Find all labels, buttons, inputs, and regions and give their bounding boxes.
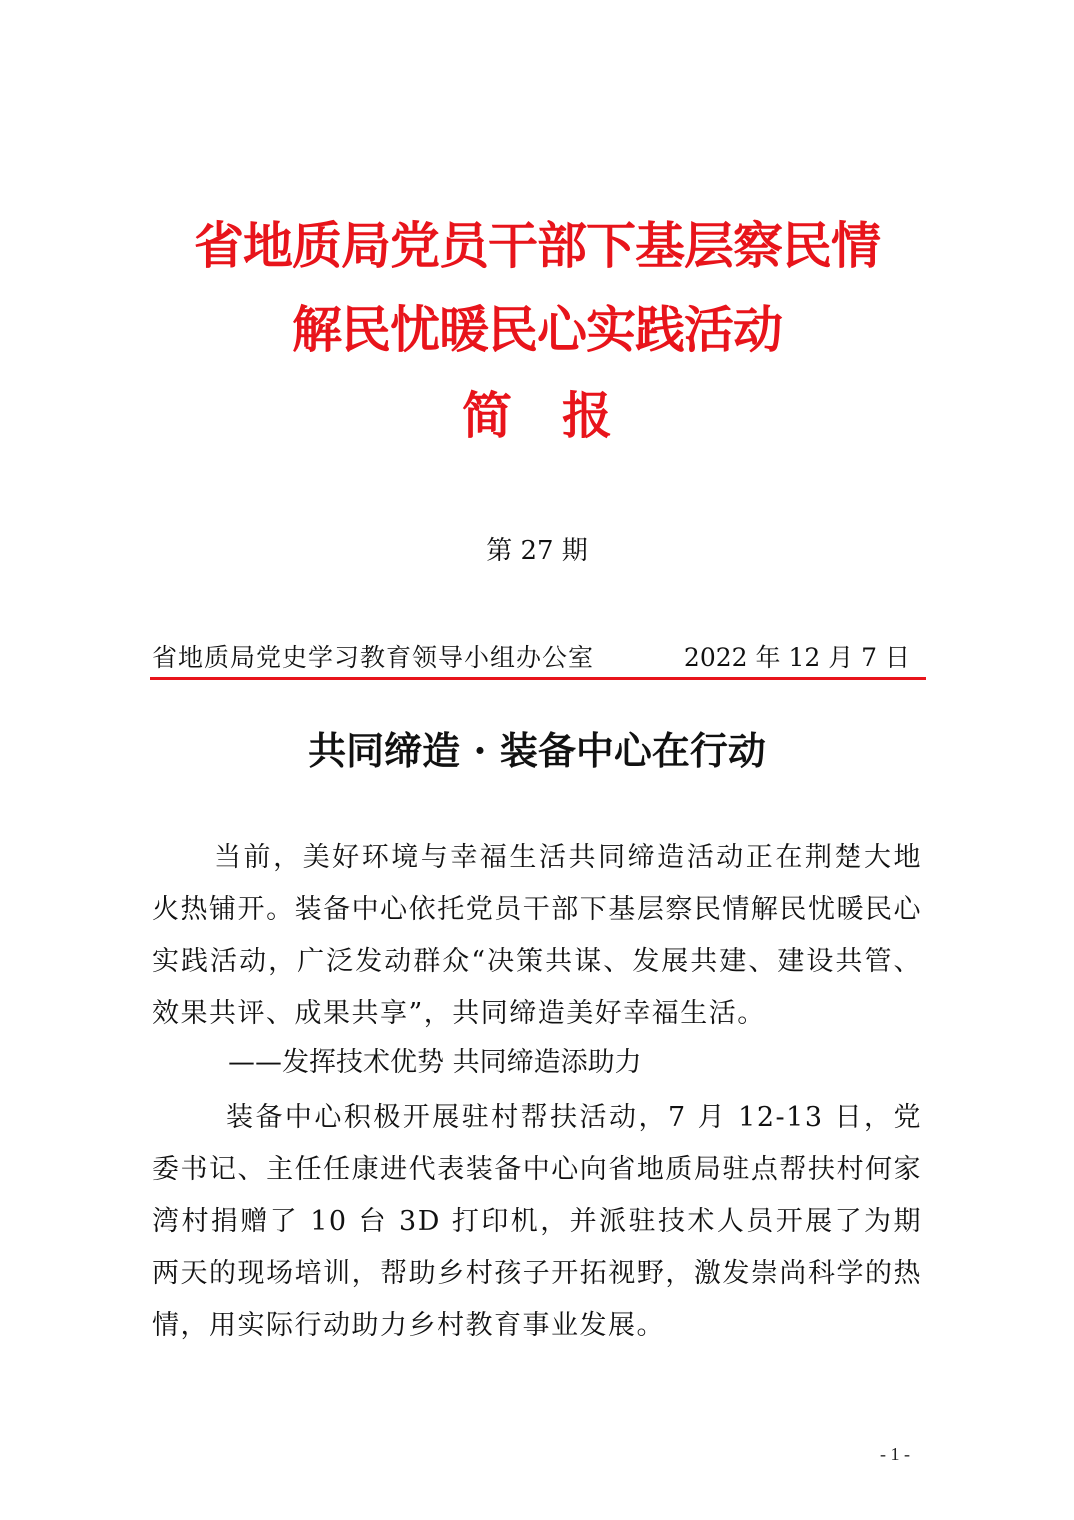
red-divider-rule (150, 677, 926, 680)
section-subheading: ——发挥技术优势 共同缔造添助力 (228, 1040, 642, 1079)
article-paragraph-1: 当前，美好环境与幸福生活共同缔造活动正在荆楚大地火热铺开。装备中心依托党员干部下… (152, 832, 922, 1040)
issuer-line: 省地质局党史学习教育领导小组办公室 2022 年 12 月 7 日 (152, 638, 922, 674)
bulletin-title-line-2: 解民忧暖民心实践活动 (0, 300, 1074, 360)
bulletin-title-char-2: 报 (562, 386, 612, 445)
article-title: 共同缔造 · 装备中心在行动 (0, 720, 1074, 775)
issue-number: 第 27 期 (0, 530, 1074, 567)
issuing-organization: 省地质局党史学习教育领导小组办公室 (152, 638, 594, 674)
article-paragraph-2: 装备中心积极开展驻村帮扶活动，7 月 12-13 日，党委书记、主任任康进代表装… (152, 1092, 922, 1352)
issue-date: 2022 年 12 月 7 日 (684, 638, 910, 674)
page-number: - 1 - (880, 1444, 910, 1465)
document-page: 省地质局党员干部下基层察民情 解民忧暖民心实践活动 简报 第 27 期 省地质局… (0, 0, 1074, 1520)
bulletin-title-line-3: 简报 (0, 386, 1074, 446)
bulletin-title-line-1: 省地质局党员干部下基层察民情 (0, 216, 1074, 276)
bulletin-title-char-1: 简 (462, 386, 512, 445)
